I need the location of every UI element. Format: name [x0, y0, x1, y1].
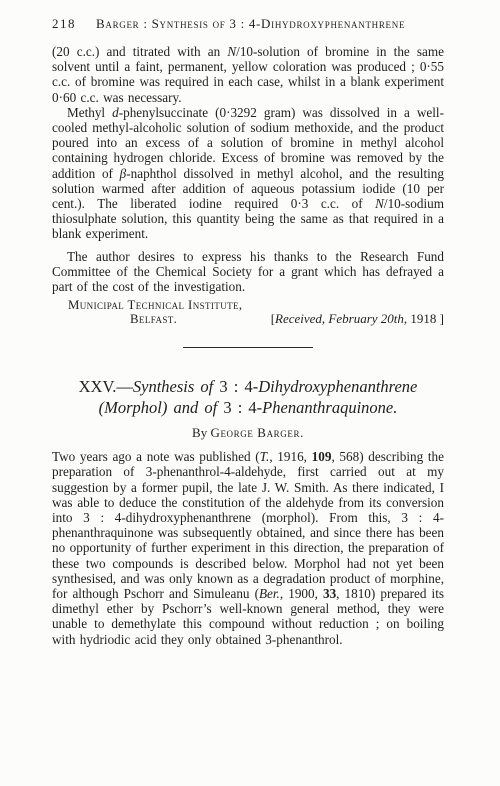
signature-block: Municipal Technical Institute, Belfast. … [52, 298, 444, 326]
paragraph-acknowledgement: The author desires to express his thanks… [52, 249, 444, 295]
running-head: 218 Barger : Synthesis of 3 : 4-Dihydrox… [52, 16, 444, 31]
byline-prefix: By [192, 425, 210, 440]
signature-row: Belfast. [Received, February 20th, 1918 … [52, 312, 444, 326]
author-name: George Barger. [210, 425, 303, 440]
article-opening-paragraph: Two years ago a note was published (T., … [52, 449, 444, 647]
article-title-line-1: XXV.—Synthesis of 3 : 4-Dihydroxyphenant… [52, 376, 444, 397]
page-content: 218 Barger : Synthesis of 3 : 4-Dihydrox… [0, 0, 500, 647]
paragraph-methyl-phenylsuccinate: Methyl d-phenylsuccinate (0·3292 gram) w… [52, 105, 444, 242]
signature-institute: Municipal Technical Institute, [68, 298, 444, 312]
signature-city: Belfast. [130, 312, 177, 326]
article-title: XXV.—Synthesis of 3 : 4-Dihydroxyphenant… [52, 376, 444, 418]
article-byline: By George Barger. [52, 425, 444, 440]
scanned-paper-page: 218 Barger : Synthesis of 3 : 4-Dihydrox… [0, 0, 500, 786]
page-number: 218 [52, 16, 76, 31]
section-divider [183, 347, 313, 348]
received-date: [Received, February 20th, 1918 ] [271, 312, 444, 326]
article-title-line-2: (Morphol) and of 3 : 4-Phenanthraquinone… [52, 397, 444, 418]
running-title: Barger : Synthesis of 3 : 4-Dihydroxyphe… [96, 16, 405, 31]
paragraph-titration: (20 c.c.) and titrated with an N/10-solu… [52, 44, 444, 105]
